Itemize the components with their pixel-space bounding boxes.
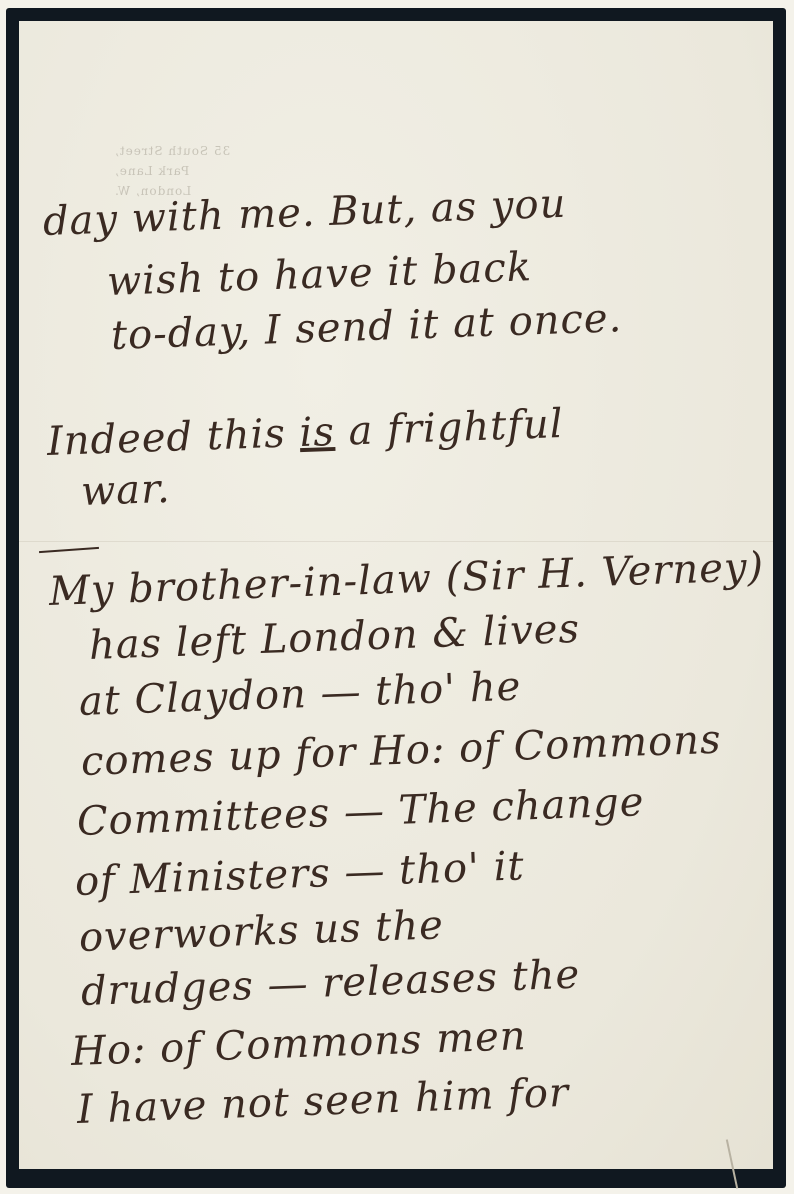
underlined-word: is	[299, 409, 336, 456]
handwritten-line: Indeed this is a frightful	[46, 401, 564, 465]
handwritten-line: at Claydon — tho' he	[78, 664, 522, 725]
handwritten-line: has left London & lives	[88, 606, 580, 669]
handwritten-line: of Ministers — tho' it	[74, 843, 525, 905]
line-text: a frightful	[334, 401, 564, 455]
handwritten-line: to-day, I send it at once.	[110, 295, 623, 359]
handwritten-line: war.	[80, 466, 171, 515]
handwritten-line: overworks us the	[78, 902, 444, 961]
line-text: Indeed this	[46, 410, 300, 465]
margin-dash	[39, 547, 99, 553]
paper-tear	[726, 1139, 738, 1188]
handwritten-line: comes up for Ho: of Commons	[80, 717, 722, 785]
mourning-border: 35 South Street, Park Lane, London, W. d…	[6, 8, 786, 1188]
handwritten-line: drudges — releases the	[80, 952, 581, 1015]
handwritten-line: I have not seen him for	[76, 1070, 570, 1133]
handwritten-line: wish to have it back	[106, 244, 533, 305]
handwritten-line: My brother-in-law (Sir H. Verney)	[48, 544, 765, 615]
letterhead-line: 35 South Street,	[114, 141, 264, 161]
handwritten-line: Committees — The change	[76, 779, 645, 845]
letterhead-line: Park Lane,	[114, 161, 264, 181]
letter-paper: 35 South Street, Park Lane, London, W. d…	[19, 21, 773, 1169]
handwritten-line: Ho: of Commons men	[70, 1013, 527, 1075]
paper-fold	[19, 541, 773, 542]
